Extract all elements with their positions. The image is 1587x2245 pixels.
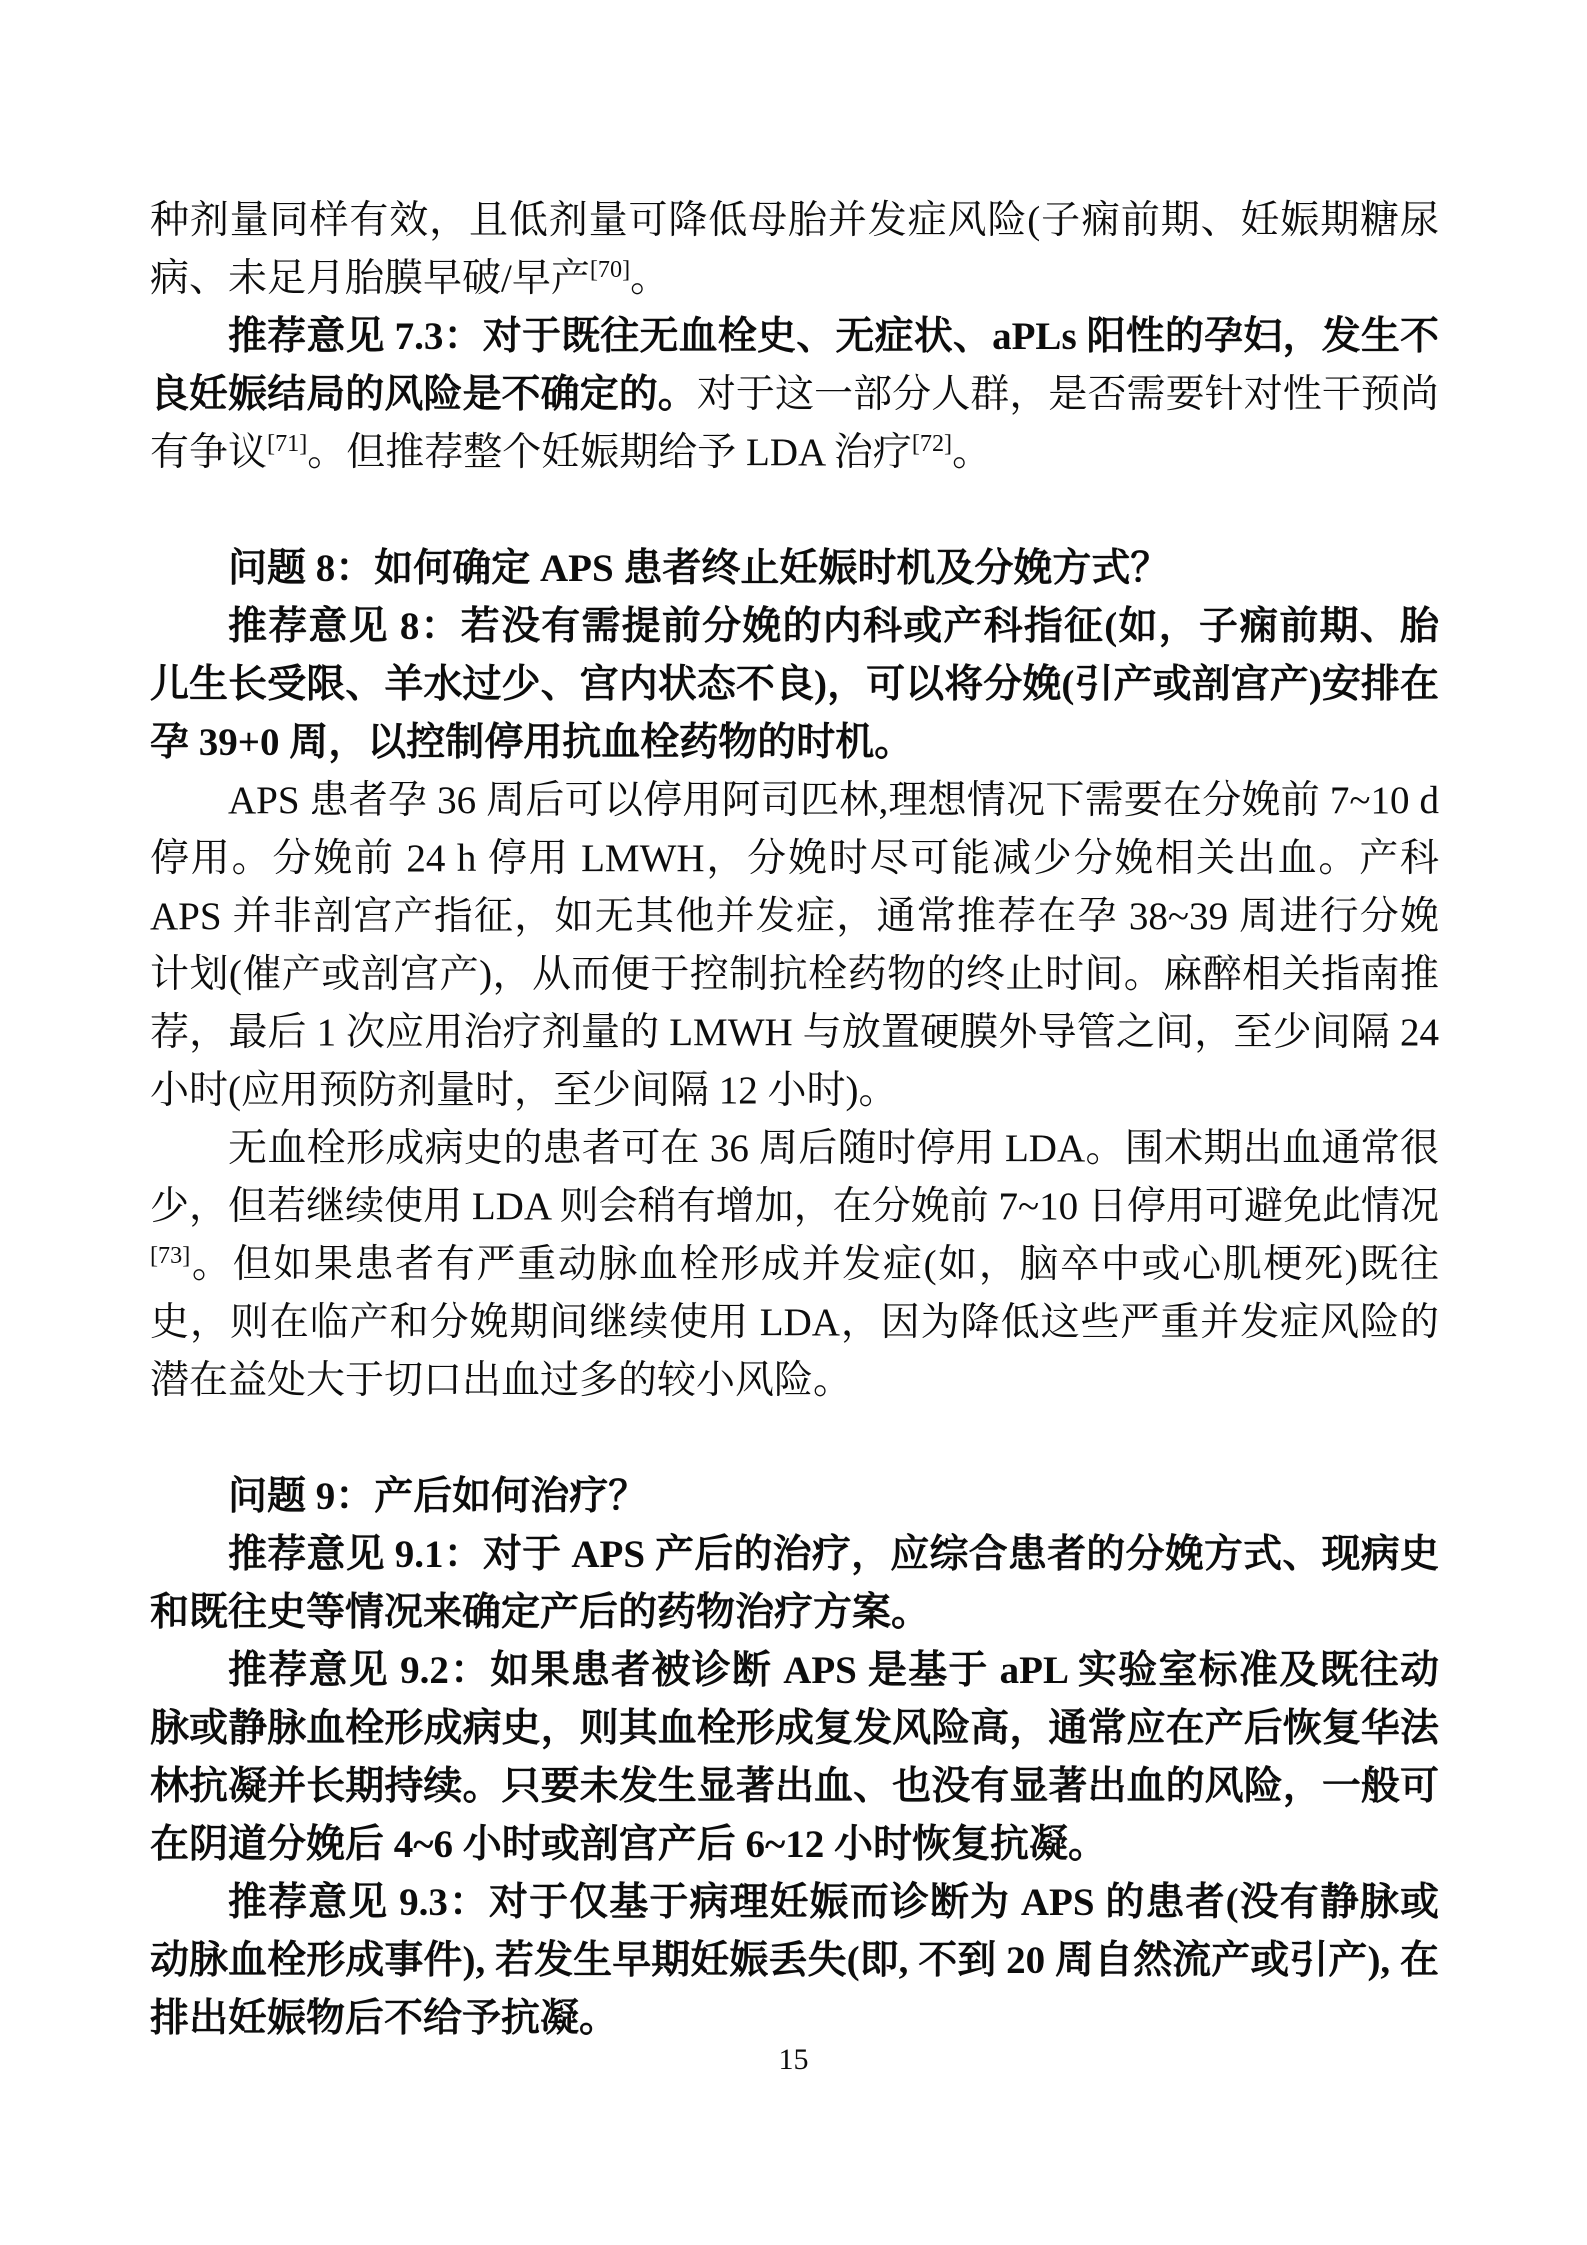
text-segment: 推荐意见 9.2：如果患者被诊断 APS 是基于 aPL 实验室标准及既往动脉或… <box>150 1649 1439 1866</box>
citation-ref: [72] <box>912 430 952 457</box>
paragraph-question-8: 问题 8：如何确定 APS 患者终止妊娠时机及分娩方式？ <box>150 540 1439 598</box>
document-page: 种剂量同样有效，且低剂量可降低母胎并发症风险(子痫前期、妊娠期糖尿病、未足月胎膜… <box>0 0 1587 2245</box>
text-segment: 推荐意见 9.1：对于 APS 产后的治疗，应综合患者的分娩方式、现病史和既往史… <box>150 1533 1439 1634</box>
text-segment: 问题 8：如何确定 APS 患者终止妊娠时机及分娩方式？ <box>228 547 1169 590</box>
citation-ref: [71] <box>267 430 307 457</box>
text-segment: 。 <box>630 257 669 300</box>
text-segment: 种剂量同样有效，且低剂量可降低母胎并发症风险(子痫前期、妊娠期糖尿病、未足月胎膜… <box>150 199 1439 300</box>
text-segment: 。但推荐整个妊娠期给予 LDA 治疗 <box>307 431 912 474</box>
document-body: 种剂量同样有效，且低剂量可降低母胎并发症风险(子痫前期、妊娠期糖尿病、未足月胎膜… <box>150 192 1439 2048</box>
paragraph-dose-continuation: 种剂量同样有效，且低剂量可降低母胎并发症风险(子痫前期、妊娠期糖尿病、未足月胎膜… <box>150 192 1439 308</box>
paragraph-aspirin-stop-timing: APS 患者孕 36 周后可以停用阿司匹林,理想情况下需要在分娩前 7~10 d… <box>150 772 1439 1120</box>
paragraph-recommendation-8: 推荐意见 8：若没有需提前分娩的内科或产科指征(如，子痫前期、胎儿生长受限、羊水… <box>150 598 1439 772</box>
text-segment: 问题 9：产后如何治疗？ <box>228 1475 647 1518</box>
text-segment: APS 患者孕 36 周后可以停用阿司匹林,理想情况下需要在分娩前 7~10 d… <box>150 779 1439 1112</box>
paragraph-question-9: 问题 9：产后如何治疗？ <box>150 1468 1439 1526</box>
text-segment: 。 <box>952 431 991 474</box>
paragraph-recommendation-7-3: 推荐意见 7.3：对于既往无血栓史、无症状、aPLs 阳性的孕妇，发生不良妊娠结… <box>150 308 1439 482</box>
citation-ref: [70] <box>590 256 630 283</box>
citation-ref: [73] <box>150 1242 190 1269</box>
paragraph-recommendation-9-1: 推荐意见 9.1：对于 APS 产后的治疗，应综合患者的分娩方式、现病史和既往史… <box>150 1526 1439 1642</box>
paragraph-recommendation-9-3: 推荐意见 9.3：对于仅基于病理妊娠而诊断为 APS 的患者(没有静脉或动脉血栓… <box>150 1874 1439 2048</box>
paragraph-no-thrombosis-history: 无血栓形成病史的患者可在 36 周后随时停用 LDA。围术期出血通常很少，但若继… <box>150 1120 1439 1410</box>
text-segment: 无血栓形成病史的患者可在 36 周后随时停用 LDA。围术期出血通常很少，但若继… <box>150 1127 1439 1228</box>
page-number: 15 <box>0 2042 1587 2078</box>
text-segment: 。但如果患者有严重动脉血栓形成并发症(如，脑卒中或心肌梗死)既往史，则在临产和分… <box>150 1243 1439 1402</box>
text-segment: 推荐意见 9.3：对于仅基于病理妊娠而诊断为 APS 的患者(没有静脉或动脉血栓… <box>150 1881 1439 2040</box>
text-segment: 推荐意见 8：若没有需提前分娩的内科或产科指征(如，子痫前期、胎儿生长受限、羊水… <box>150 605 1439 764</box>
paragraph-recommendation-9-2: 推荐意见 9.2：如果患者被诊断 APS 是基于 aPL 实验室标准及既往动脉或… <box>150 1642 1439 1874</box>
